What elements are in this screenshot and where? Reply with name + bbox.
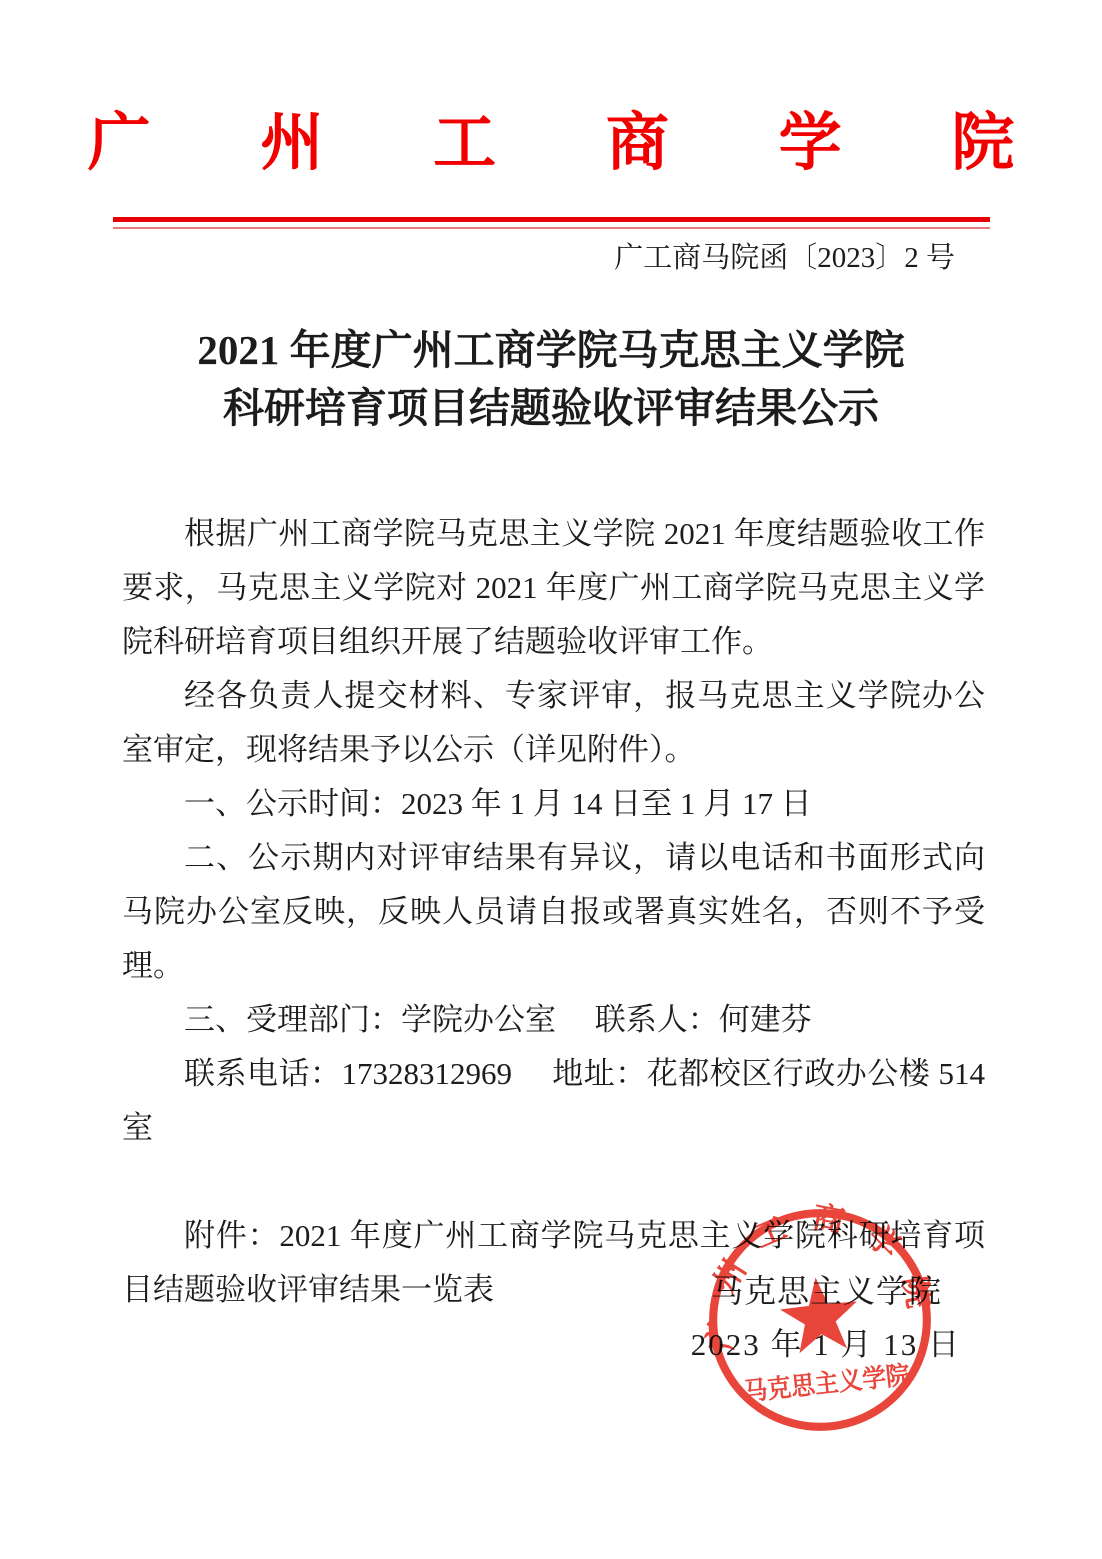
document-number: 广工商马院函〔2023〕2 号 — [0, 240, 1102, 277]
letterhead-divider — [113, 217, 990, 229]
paragraph-contact: 联系电话：17328312969 地址：花都校区行政办公楼 514 室 — [122, 1047, 985, 1155]
document-title-line1: 2021 年度广州工商学院马克思主义学院 — [0, 321, 1102, 379]
document-title-line2: 科研培育项目结题验收评审结果公示 — [0, 379, 1102, 437]
paragraph-item-2: 二、公示期内对评审结果有异议，请以电话和书面形式向马院办公室反映，反映人员请自报… — [122, 831, 985, 993]
paragraph-process: 经各负责人提交材料、专家评审，报马克思主义学院办公室审定，现将结果予以公示（详见… — [122, 669, 985, 777]
signature-date: 2023 年 1 月 13 日 — [691, 1319, 961, 1364]
paragraph-basis: 根据广州工商学院马克思主义学院 2021 年度结题验收工作要求，马克思主义学院对… — [122, 507, 985, 669]
seal-bottom-text: 马克思主义学院 — [742, 1360, 912, 1406]
document-title: 2021 年度广州工商学院马克思主义学院 科研培育项目结题验收评审结果公示 — [0, 321, 1102, 437]
document-page: 广 州 工 商 学 院 广工商马院函〔2023〕2 号 2021 年度广州工商学… — [0, 0, 1102, 1559]
document-body: 根据广州工商学院马克思主义学院 2021 年度结题验收工作要求，马克思主义学院对… — [122, 507, 985, 1317]
school-name-text: 广 州 工 商 学 院 — [88, 108, 1062, 178]
letterhead: 广 州 工 商 学 院 — [0, 0, 1102, 183]
paragraph-item-1: 一、公示时间：2023 年 1 月 14 日至 1 月 17 日 — [122, 777, 985, 831]
paragraph-item-3: 三、受理部门：学院办公室 联系人：何建芬 — [122, 993, 985, 1047]
signature-organization: 马克思主义学院 — [711, 1266, 942, 1312]
